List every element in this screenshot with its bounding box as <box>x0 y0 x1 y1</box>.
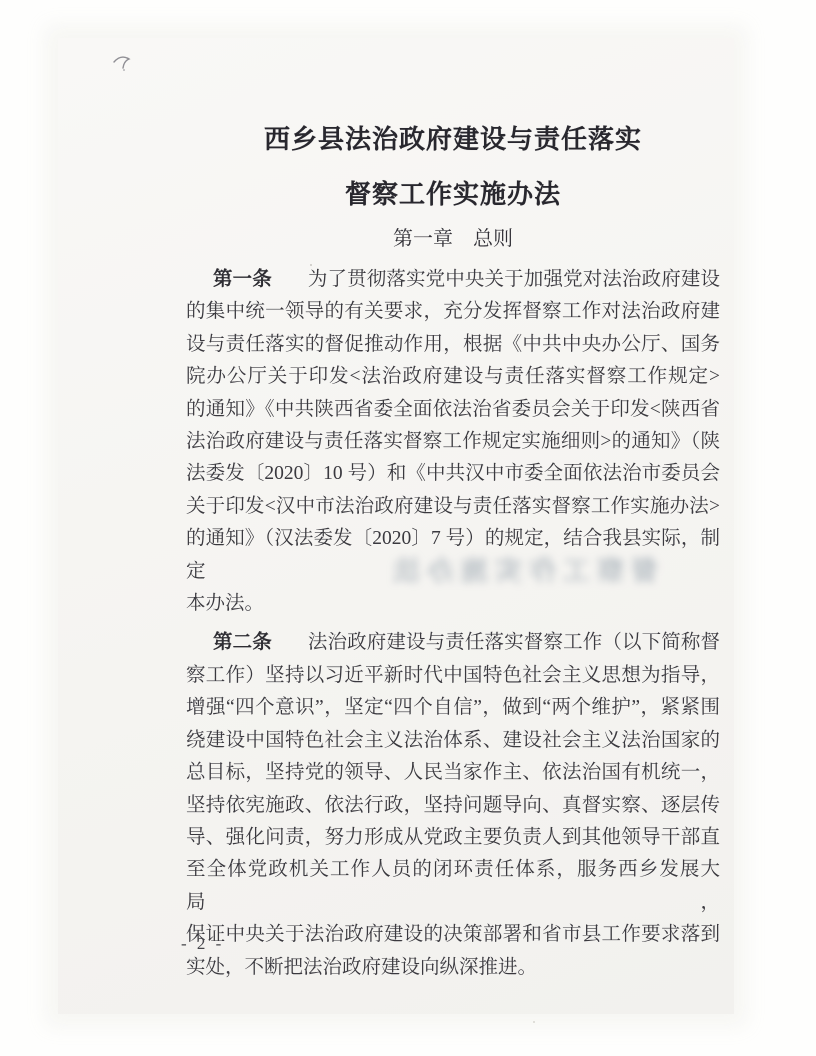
body-line: 至全体党政机关工作人员的闭环责任体系，服务西乡发展大局， <box>186 854 720 919</box>
article-number: 第二条 <box>213 632 272 653</box>
body-paragraph: 第一条为了贯彻落实党中央关于加强党对法治政府建设的集中统一领导的有关要求，充分发… <box>186 264 720 620</box>
body-line: 法委发〔2020〕10 号）和《中共汉中市委全面依法治市委员会 <box>186 458 720 490</box>
body-line: 院办公厅关于印发<法治政府建设与责任落实督察工作规定> <box>186 361 720 393</box>
body-line: 的集中统一领导的有关要求，充分发挥督察工作对法治政府建 <box>186 296 720 328</box>
body-line: 第一条为了贯彻落实党中央关于加强党对法治政府建设 <box>186 264 720 296</box>
body-line: 实处，不断把法治政府建设向纵深推进。 <box>186 952 720 984</box>
body-line: 的通知》《中共陕西省委全面依法治省委员会关于印发<陕西省 <box>186 394 720 426</box>
body-line: 保证中央关于法治政府建设的决策部署和省市县工作要求落到 <box>186 919 720 951</box>
page-number: - 2 - <box>181 934 224 954</box>
body-line: 第二条法治政府建设与责任落实督察工作（以下简称督 <box>186 627 720 659</box>
body-line: 本办法。 <box>186 588 720 620</box>
body-line: 导、强化问责，努力形成从党政主要负责人到其他领导干部直 <box>186 822 720 854</box>
document-title-line-1: 西乡县法治政府建设与责任落实 <box>186 112 720 167</box>
body-line: 增强“四个意识”，坚定“四个自信”，做到“两个维护”，紧紧围 <box>186 692 720 724</box>
body-line: 的通知》（汉法委发〔2020〕7 号）的规定，结合我县实际，制定 <box>186 523 720 588</box>
scan-speck <box>533 1021 535 1023</box>
document-content: 西乡县法治政府建设与责任落实 督察工作实施办法 第一章 总则 第一条为了贯彻落实… <box>186 112 720 984</box>
pen-scribble-icon <box>112 52 144 80</box>
body-line: 绕建设中国特色社会主义法治体系、建设社会主义法治国家的 <box>186 725 720 757</box>
body-line: 关于印发<汉中市法治政府建设与责任落实督察工作实施办法> <box>186 491 720 523</box>
article-number: 第一条 <box>213 269 272 290</box>
document-title: 西乡县法治政府建设与责任落实 督察工作实施办法 <box>186 112 720 222</box>
body-line: 察工作）坚持以习近平新时代中国特色社会主义思想为指导， <box>186 660 720 692</box>
body-line: 总目标，坚持党的领导、人民当家作主、依法治国有机统一， <box>186 757 720 789</box>
scanned-document-page: { "document": { "title_lines": [ "西乡县法治政… <box>0 0 816 1056</box>
body-line: 坚持依宪施政、依法行政，坚持问题导向、真督实察、逐层传 <box>186 790 720 822</box>
document-body: 第一条为了贯彻落实党中央关于加强党对法治政府建设的集中统一领导的有关要求，充分发… <box>186 264 720 984</box>
pen-scribble-mark <box>112 52 144 80</box>
body-line: 设与责任落实的督促推动作用，根据《中共中央办公厅、国务 <box>186 329 720 361</box>
document-title-line-2: 督察工作实施办法 <box>186 167 720 222</box>
body-line: 法治政府建设与责任落实督察工作规定实施细则>的通知》（陕 <box>186 426 720 458</box>
chapter-heading: 第一章 总则 <box>186 222 720 256</box>
body-paragraph: 第二条法治政府建设与责任落实督察工作（以下简称督察工作）坚持以习近平新时代中国特… <box>186 627 720 983</box>
